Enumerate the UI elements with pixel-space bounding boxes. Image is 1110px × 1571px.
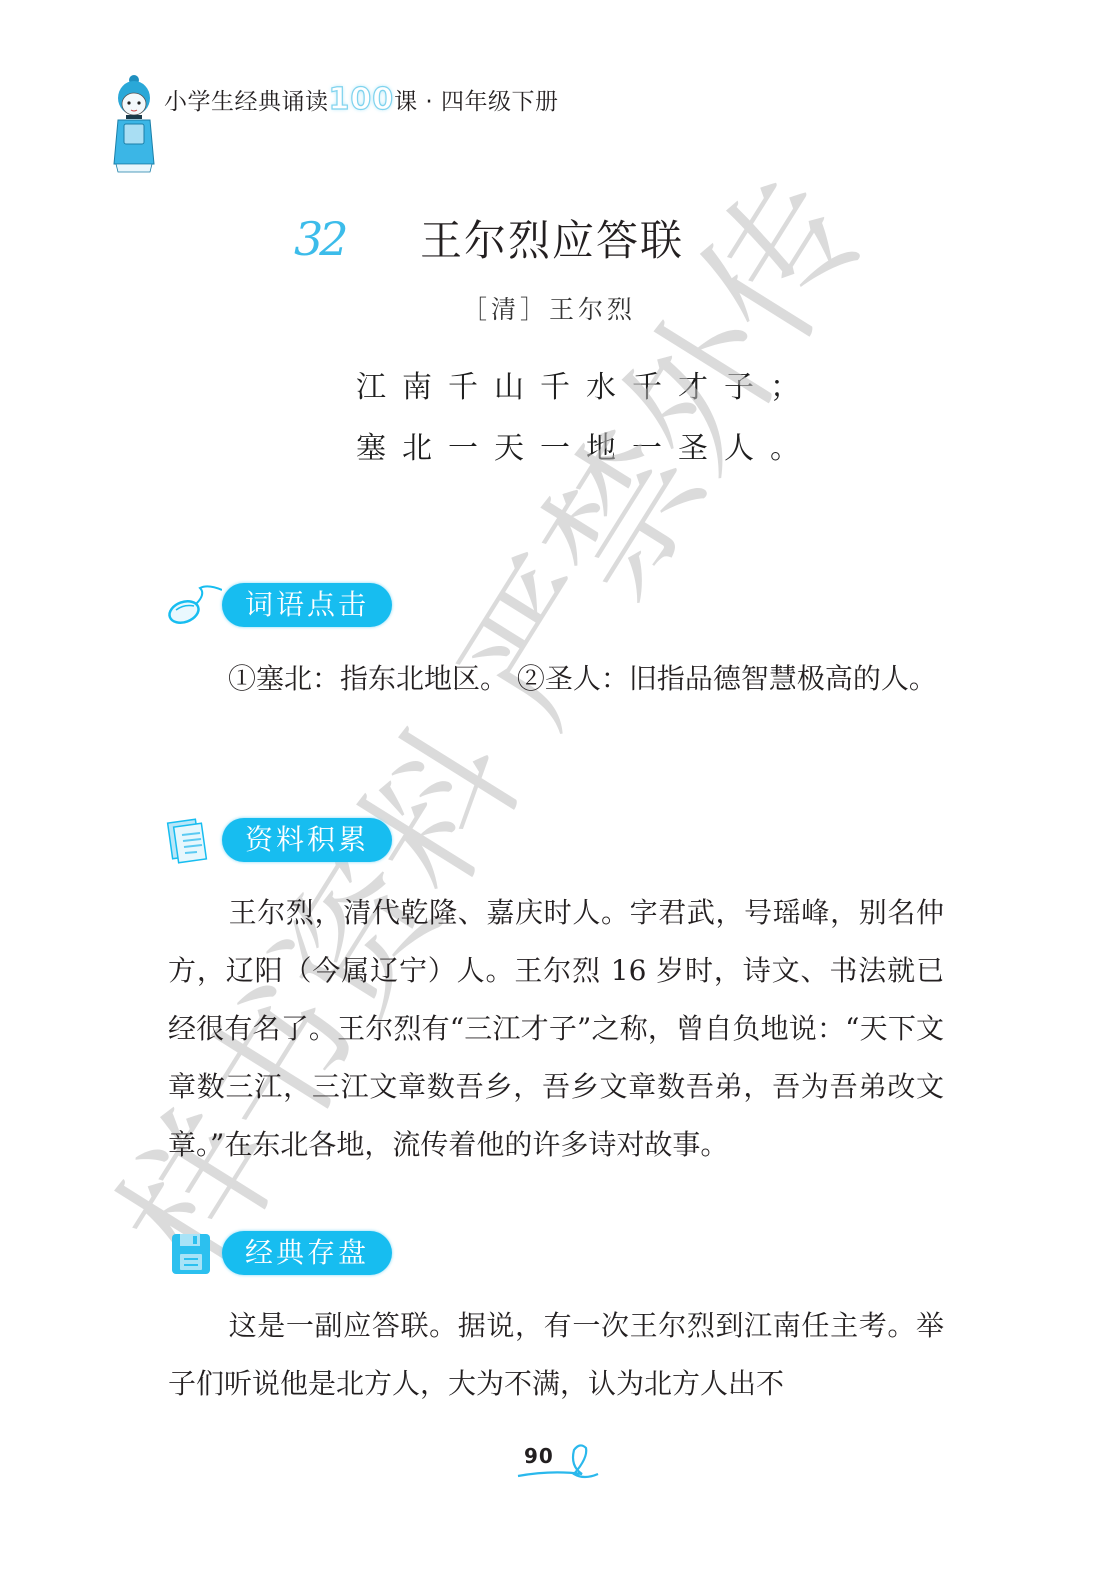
series-title-prefix: 小学生经典诵读: [164, 89, 329, 115]
couplet-line-2: 塞北一天一地一圣人。: [356, 423, 816, 467]
documents-icon: [166, 815, 222, 865]
lesson-number: 32: [294, 212, 345, 266]
vocabulary-text: ①塞北：指东北地区。 ②圣人：旧指品德智慧极高的人。: [228, 662, 937, 695]
classic-text: 这是一副应答联。据说，有一次王尔烈到江南任主考。举子们听说他是北方人，大为不满，…: [168, 1309, 944, 1400]
mouse-icon: [166, 580, 222, 630]
series-title-suffix: 课 · 四年级下册: [394, 89, 558, 115]
lesson-author: ［清］王尔烈: [462, 290, 636, 326]
page-footer: 90: [512, 1440, 612, 1490]
background-paragraph: 王尔烈，清代乾隆、嘉庆时人。字君武，号瑶峰，别名仲方，辽阳（今属辽宁）人。王尔烈…: [168, 884, 944, 1174]
series-title-number: 100: [329, 82, 395, 117]
classic-paragraph: 这是一副应答联。据说，有一次王尔烈到江南任主考。举子们听说他是北方人，大为不满，…: [168, 1297, 944, 1413]
scholar-mascot-icon: [108, 72, 160, 176]
floppy-disk-icon: [166, 1228, 222, 1278]
swirl-decoration-icon: [512, 1440, 612, 1490]
section-label-classic: 经典存盘: [222, 1231, 392, 1275]
vocabulary-notes: ①塞北：指东北地区。 ②圣人：旧指品德智慧极高的人。: [168, 650, 944, 708]
section-label-background: 资料积累: [222, 818, 392, 862]
section-label-vocabulary: 词语点击: [222, 583, 392, 627]
couplet-line-1: 江南千山千水千才子；: [356, 362, 816, 406]
background-text: 王尔烈，清代乾隆、嘉庆时人。字君武，号瑶峰，别名仲方，辽阳（今属辽宁）人。王尔烈…: [168, 896, 944, 1161]
lesson-title: 王尔烈应答联: [420, 208, 684, 268]
series-title: 小学生经典诵读100课 · 四年级下册: [164, 82, 559, 117]
